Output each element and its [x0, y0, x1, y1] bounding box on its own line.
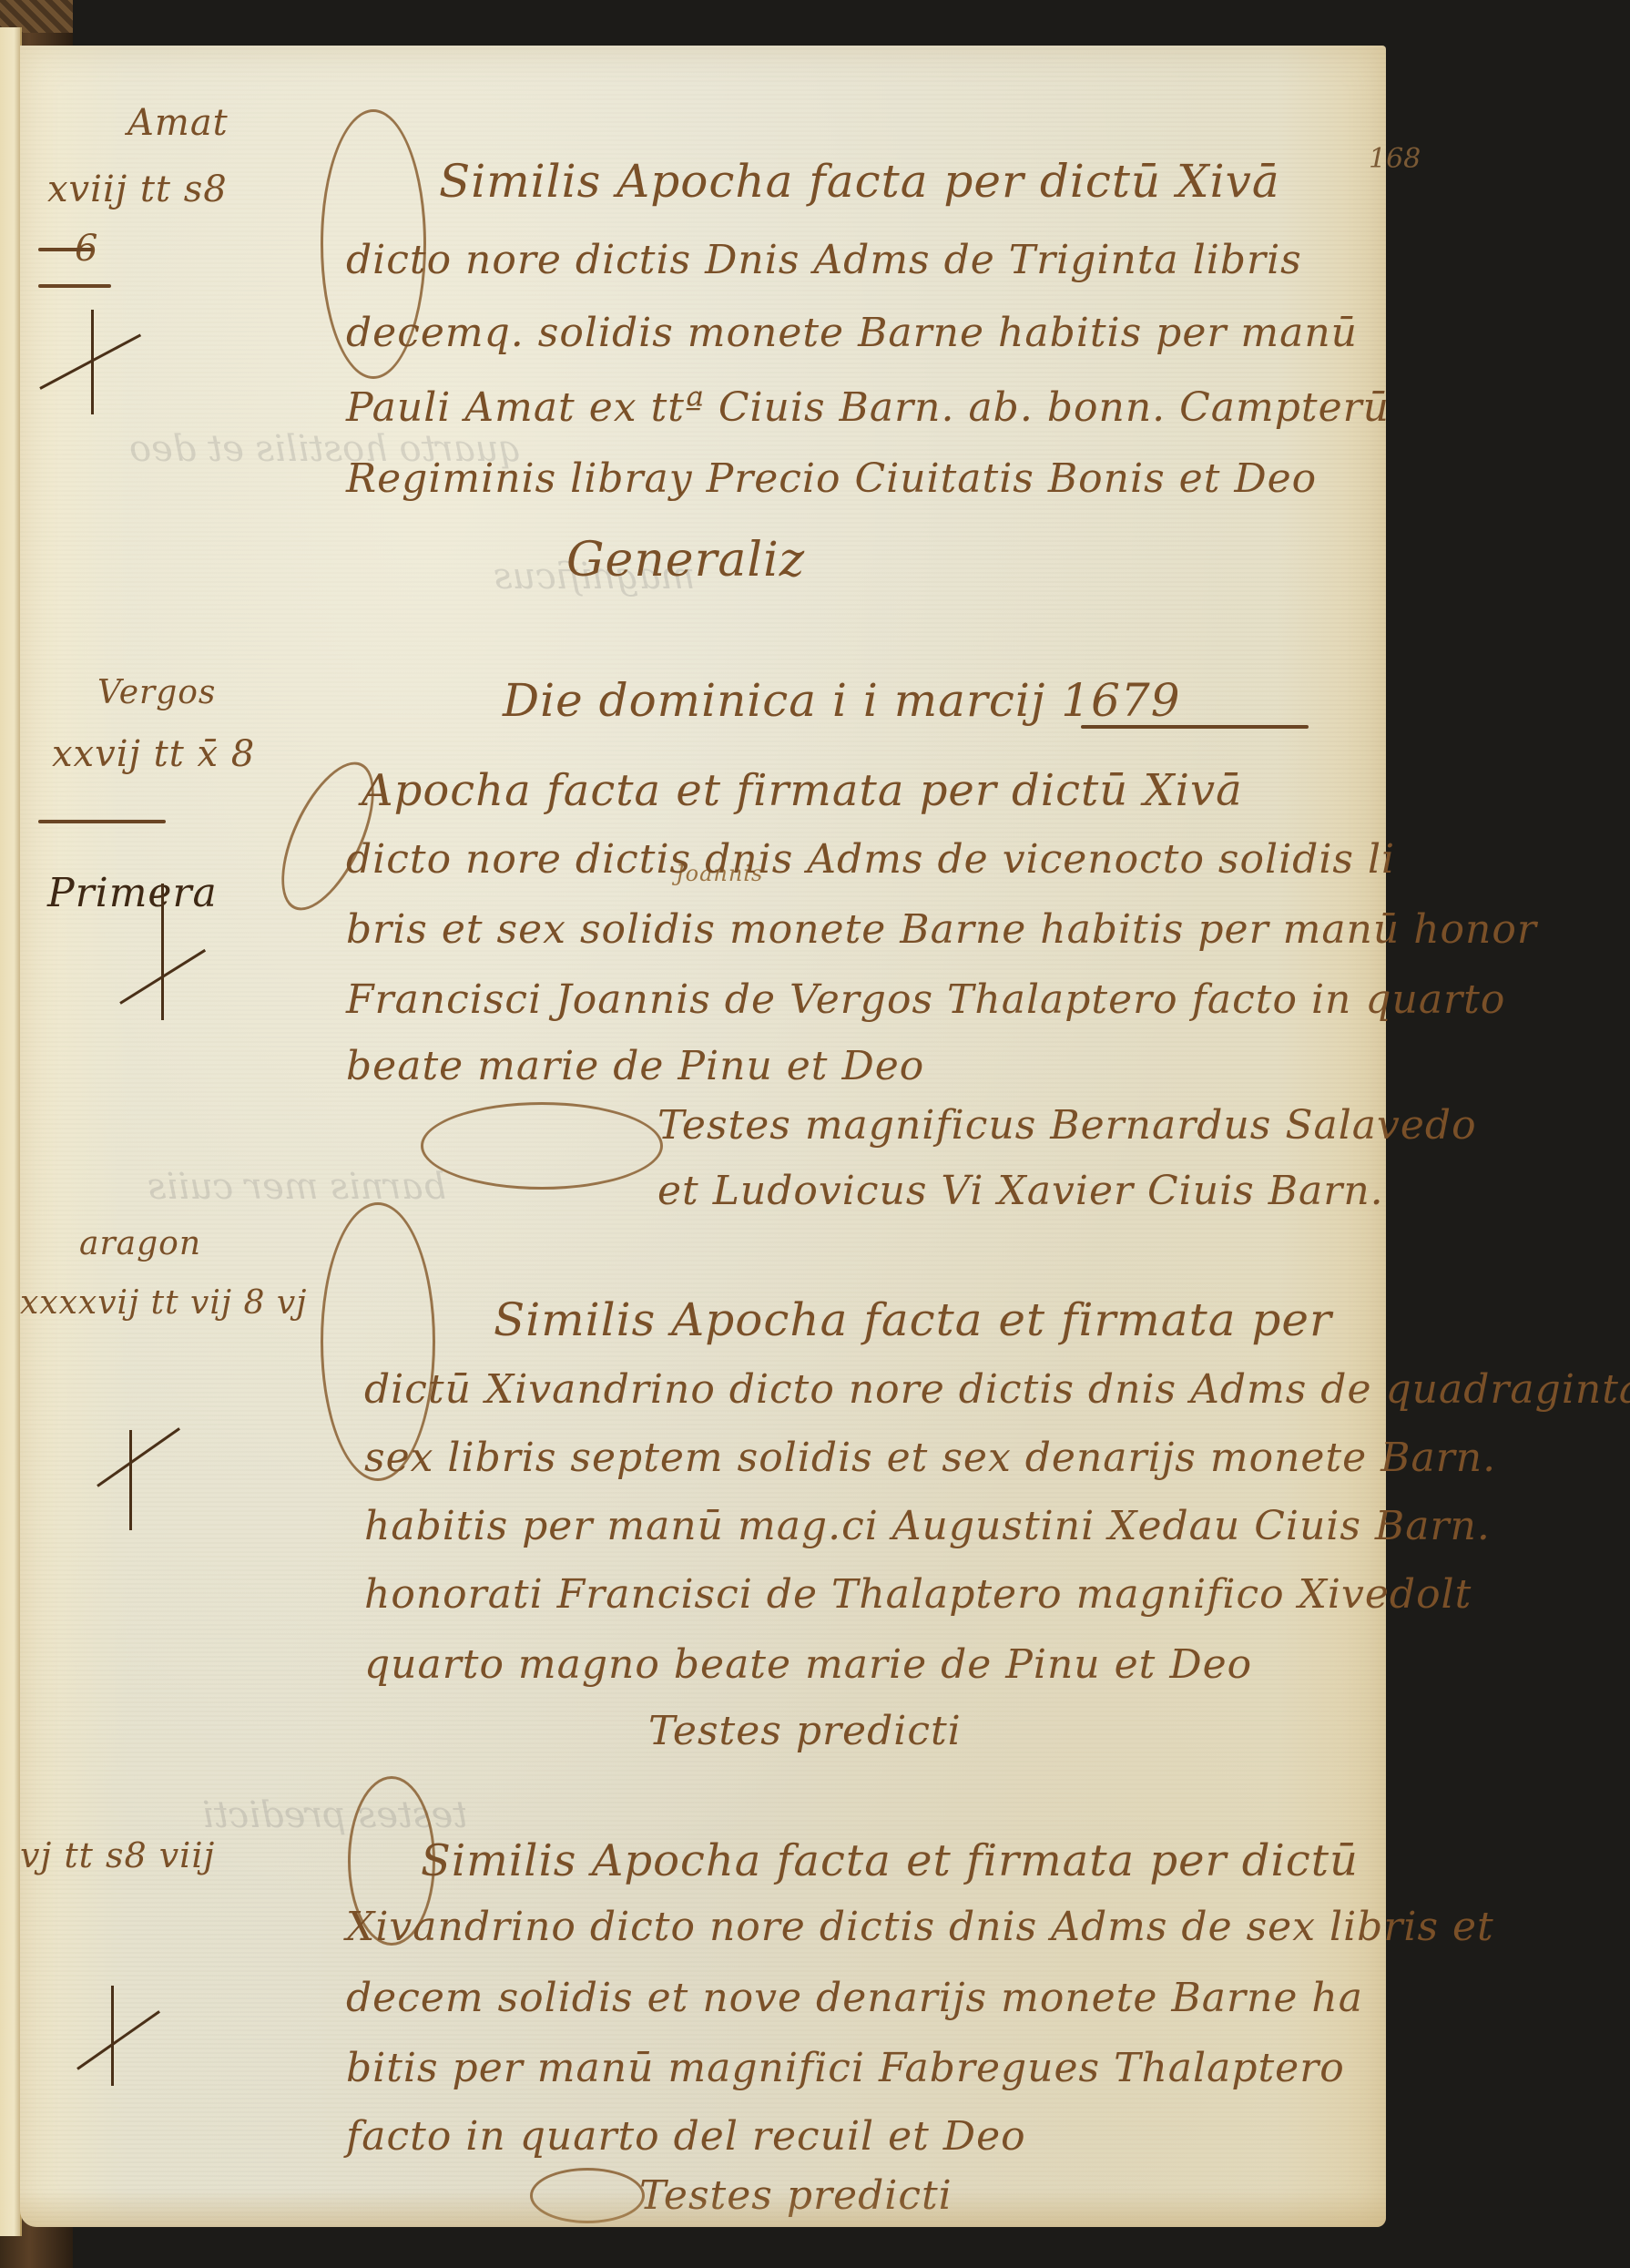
verso-show-through: barnis mer cuiis — [148, 1166, 446, 1208]
entry-3-line-6: quarto magno beate marie de Pinu et Deo — [364, 1641, 1252, 1688]
manuscript-scan: quarto hostilis et deo barnis mer cuiis … — [0, 0, 1630, 2268]
entry-2-witnesses-line-1: Testes magnificus Bernardus Salavedo — [657, 1102, 1477, 1149]
entry-3-line-4: habitis per manū mag.ci Augustini Xedau… — [364, 1503, 1491, 1549]
previous-leaf-edge — [0, 27, 22, 2236]
entry-4-line-1: Similis Apocha facta et firmata per dict… — [421, 1835, 1359, 1886]
entry-3-witnesses: Testes predicti — [648, 1708, 962, 1754]
margin-note-vergos: Vergos — [97, 674, 216, 711]
entry-2-line-3: bris et sex solidis monete Barne habitis… — [346, 906, 1537, 953]
margin-note-vergos-sum: xxvij tt x̄ 8 — [52, 733, 255, 775]
entry-2-witnesses-line-2: et Ludovicus Vi Xavier Ciuis Barn. — [657, 1168, 1384, 1214]
entry-1-line-4: Pauli Amat ex ttª Ciuis Barn. ab. bonn. … — [346, 384, 1390, 431]
entry-1-line-5: Regiminis libray Precio Ciuitatis Bonis … — [346, 455, 1317, 502]
entry-2-line-2: dicto nore dictis dnis Adms de vicenocto… — [346, 836, 1395, 883]
entry-3-line-3: sex libris septem solidis et sex denarij… — [364, 1435, 1496, 1481]
margin-note-amat-sum: xviij tt s8 — [47, 169, 228, 210]
fraction-rule — [38, 248, 93, 251]
entry-4-line-4: bitis per manū magnifici Fabregues Thal… — [346, 2045, 1345, 2091]
entry-1-line-2: dicto nore dictis Dnis Adms de Triginta … — [346, 237, 1302, 283]
entry-2-line-1: Apocha facta et firmata per dictū Xivā — [362, 765, 1243, 816]
cancellation-cross-icon — [76, 2010, 160, 2070]
date-heading: Die dominica i i marcij 1679 — [503, 674, 1181, 727]
entry-3-line-2: dictū Xivandrino dicto nore dictis dnis… — [364, 1366, 1630, 1413]
cancellation-cross-icon — [111, 1986, 114, 2086]
testes-flourish-icon — [530, 2168, 645, 2223]
entry-2-line-4: Francisci Joannis de Vergos Thalaptero f… — [346, 976, 1505, 1023]
folio-number: 168 — [1369, 143, 1421, 175]
cancellation-cross-icon — [97, 1427, 180, 1487]
margin-note-primera: Primera — [47, 870, 218, 916]
cancellation-cross-icon — [161, 884, 164, 1020]
entry-3-line-5: honorati Francisci de Thalaptero magnifi… — [364, 1571, 1472, 1618]
entry-3-line-1: Similis Apocha facta et firmata per — [494, 1293, 1332, 1346]
margin-note-aragon: aragon — [79, 1225, 201, 1262]
entry-1-line-1: Similis Apocha facta per dictū Xivā — [439, 155, 1280, 208]
date-underline — [1081, 725, 1309, 729]
margin-note-last-sum: vj tt s8 viij — [20, 1835, 215, 1875]
entry-4-line-3: decem solidis et nove denarijs monete Ba… — [346, 1975, 1363, 2021]
fraction-rule — [38, 284, 111, 288]
entry-1-line-3: decemq. solidis monete Barne habitis per… — [346, 310, 1358, 356]
entry-2-line-5: beate marie de Pinu et Deo — [346, 1043, 924, 1089]
margin-note-aragon-sum: xxxxvij tt vij 8 vj — [20, 1284, 307, 1322]
cancellation-cross-icon — [129, 1430, 132, 1530]
entry-4-witnesses: Testes predicti — [639, 2172, 953, 2219]
margin-note-amat: Amat — [127, 102, 229, 144]
testes-flourish-icon — [421, 1102, 663, 1190]
sum-rule — [38, 820, 166, 823]
entry-4-line-2: Xivandrino dicto nore dictis dnis Adms d… — [346, 1904, 1494, 1950]
folio-page: quarto hostilis et deo barnis mer cuiis … — [20, 46, 1386, 2227]
entry-4-line-5: facto in quarto del recuil et Deo — [346, 2113, 1026, 2160]
entry-1-line-6: Generaliz — [566, 533, 805, 587]
